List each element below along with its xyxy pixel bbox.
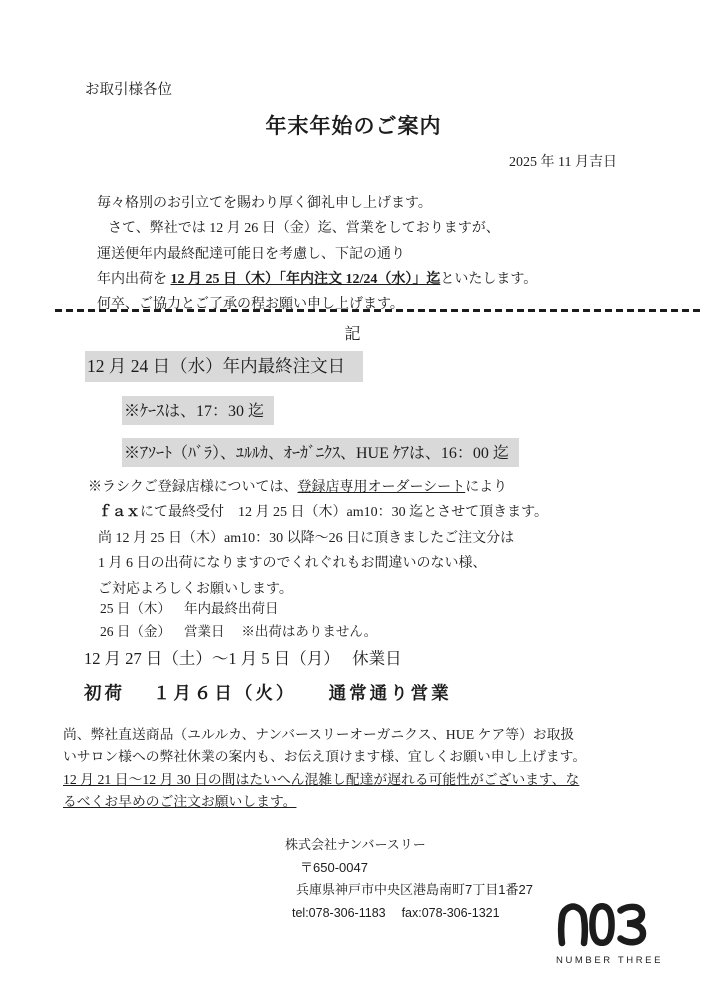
rashiku-line-2-rest: にて最終受付 12 月 25 日（木）am10：30 迄とさせて頂きます。: [140, 505, 548, 520]
closing-line-2: いサロン様への弊社休業の案内も、お伝え頂けます様、宜しくお願い申し上げます。: [63, 746, 586, 768]
final-order-date-highlight: 12 月 24 日（水）年内最終注文日: [85, 351, 363, 382]
case-deadline-highlight: ※ｹｰｽは、17：30 迄: [122, 396, 274, 425]
fax-bold-text: ｆａｘ: [98, 505, 140, 520]
first-shipment-line: 初荷 １月６日（火） 通常通り営業: [84, 680, 452, 705]
holiday-period-line: 12 月 27 日（土）～1 月 5 日（月） 休業日: [84, 645, 402, 669]
assort-deadline-highlight: ※ｱｿｰﾄ（ﾊﾞﾗ）、ﾕﾙﾙｶ、ｵｰｶﾞﾆｸｽ、HUE ｹｱは、16：00 迄: [122, 438, 519, 467]
rashiku-line-1: ※ラシクご登録店様については、登録店専用オーダーシートにより: [88, 475, 548, 500]
schedule-date: 25 日（木）: [100, 597, 184, 620]
number-three-logo: NUMBER THREE: [556, 902, 656, 966]
schedule-row-26: 26 日（金）営業日 ※出荷はありません。: [100, 620, 377, 643]
closing-line-4-underline: るべくお早めのご注文お願いします。: [63, 791, 586, 813]
order-sheet-underline: 登録店専用オーダーシート: [297, 480, 465, 495]
schedule-list: 25 日（木）年内最終出荷日 26 日（金）営業日 ※出荷はありません。: [100, 597, 377, 643]
intro-line-2: さて、弊社では 12 月 26 日（金）迄、営業をしておりますが、: [97, 216, 537, 241]
intro-line-4: 年内出荷を 12 月 25 日（木）「年内注文 12/24（水）」迄といたします…: [97, 267, 537, 292]
rashiku-line-4: 1 月 6 日の出荷になりますのでくれぐれもお間違いのない様、: [88, 551, 548, 576]
intro-line-3: 運送便年内最終配達可能日を考慮し、下記の通り: [97, 242, 537, 267]
closing-paragraph: 尚、弊社直送商品（ユルルカ、ナンバースリーオーガニクス、HUE ケア等）お取扱 …: [63, 724, 586, 814]
company-name: 株式会社ナンバースリー: [285, 834, 533, 857]
intro-line-4-suffix: といたします。: [440, 272, 537, 287]
document-page: お取引様各位 年末年始のご案内 2025 年 11 月吉日 毎々格別のお引立てを…: [0, 0, 707, 1000]
schedule-row-25: 25 日（木）年内最終出荷日: [100, 597, 377, 620]
schedule-label: 営業日 ※出荷はありません。: [184, 624, 377, 639]
intro-paragraph: 毎々格別のお引立てを賜わり厚く御礼申し上げます。 さて、弊社では 12 月 26…: [97, 191, 537, 317]
rashiku-line-2: ｆａｘにて最終受付 12 月 25 日（木）am10：30 迄とさせて頂きます。: [88, 500, 548, 525]
closing-line-3-underline: 12 月 21 日～12 月 30 日の間はたいへん混雑し配達が遅れる可能性がご…: [63, 769, 586, 791]
logo-003-icon: [556, 902, 648, 948]
intro-line-4-prefix: 年内出荷を: [97, 272, 171, 287]
closing-line-1: 尚、弊社直送商品（ユルルカ、ナンバースリーオーガニクス、HUE ケア等）お取扱: [63, 724, 586, 746]
notice-heading: 記: [0, 321, 707, 344]
rashiku-line-3: 尚 12 月 25 日（木）am10：30 以降～26 日に頂きましたご注文分は: [88, 526, 548, 551]
dashed-divider: [55, 309, 703, 312]
schedule-date: 26 日（金）: [100, 620, 184, 643]
rashiku-line-1-suffix: により: [465, 480, 507, 495]
postal-code: 〒650-0047: [300, 857, 533, 880]
page-title: 年末年始のご案内: [0, 110, 707, 140]
document-date: 2025 年 11 月吉日: [509, 151, 617, 171]
intro-line-1: 毎々格別のお引立てを賜わり厚く御礼申し上げます。: [97, 191, 537, 216]
rashiku-line-1-prefix: ※ラシクご登録店様については、: [88, 480, 297, 495]
company-address: 兵庫県神戸市中央区港島南町7丁目1番27: [296, 879, 533, 902]
recipient-line: お取引様各位: [85, 78, 172, 99]
schedule-label: 年内最終出荷日: [184, 601, 279, 616]
tel-fax-line: tel:078-306-1183 fax:078-306-1321: [292, 902, 533, 925]
shipping-deadline-emphasis: 12 月 25 日（木）「年内注文 12/24（水）」迄: [171, 272, 441, 287]
company-info-block: 株式会社ナンバースリー 〒650-0047 兵庫県神戸市中央区港島南町7丁目1番…: [285, 834, 533, 924]
rashiku-note-paragraph: ※ラシクご登録店様については、登録店専用オーダーシートにより ｆａｘにて最終受付…: [88, 475, 548, 602]
logo-wordmark: NUMBER THREE: [556, 955, 656, 966]
intro-line-5: 何卒、ご協力とご了承の程お願い申し上げます。: [97, 292, 537, 317]
